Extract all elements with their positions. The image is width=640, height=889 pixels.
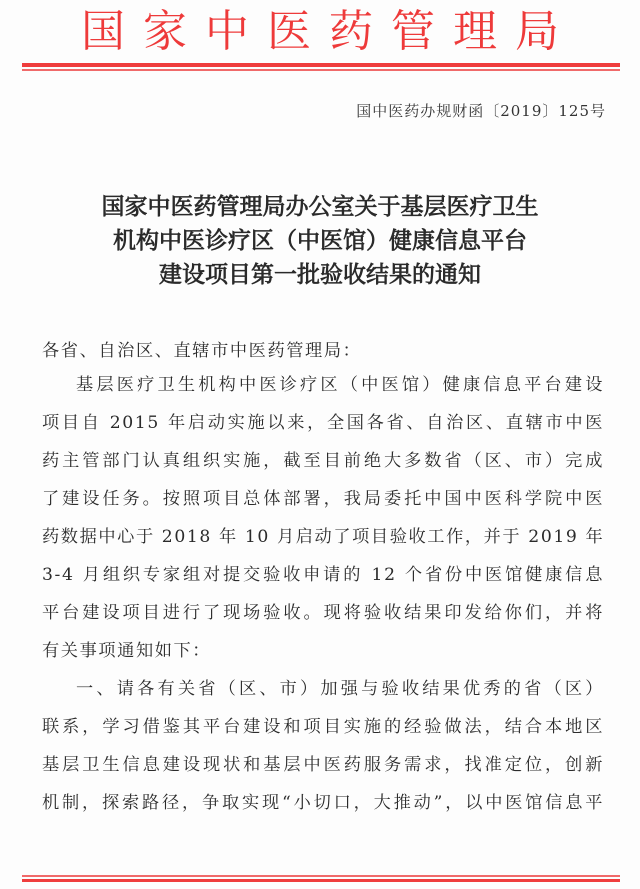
paragraph-line: 3-4 月组织专家组对提交验收申请的 12 个省份中医馆健康信息 [42, 556, 604, 594]
paragraph-line: 了建设任务。按照项目总体部署，我局委托中国中医科学院中医 [42, 480, 604, 518]
salutation: 各省、自治区、直辖市中医药管理局： [42, 336, 361, 361]
letterhead-red-rule-thick [22, 63, 620, 67]
title-line: 机构中医诊疗区（中医馆）健康信息平台 [0, 224, 640, 258]
paragraph-line: 平台建设项目进行了现场验收。现将验收结果印发给你们，并将 [42, 594, 604, 632]
document-page: 国家中医药管理局 国中医药办规财函〔2019〕125号 国家中医药管理局办公室关… [0, 0, 640, 889]
letterhead-agency-name: 国家中医药管理局 [0, 8, 640, 56]
paragraph-line: 药数据中心于 2018 年 10 月启动了项目验收工作，并于 2019 年 [42, 518, 604, 556]
title-line: 建设项目第一批验收结果的通知 [0, 258, 640, 292]
paragraph-line: 项目自 2015 年启动实施以来，全国各省、自治区、直辖市中医 [42, 404, 604, 442]
paragraph-line: 药主管部门认真组织实施，截至目前绝大多数省（区、市）完成 [42, 442, 604, 480]
paragraph-line: 基层卫生信息建设现状和基层中医药服务需求，找准定位，创新 [42, 746, 604, 784]
footer-red-rule-thin [22, 875, 620, 877]
paragraph-line: 机制，探索路径，争取实现“小切口，大推动”，以中医馆信息平 [42, 784, 604, 822]
paragraph-line: 一、请各有关省（区、市）加强与验收结果优秀的省（区） [42, 670, 604, 708]
body-paragraph-2: 一、请各有关省（区、市）加强与验收结果优秀的省（区） 联系，学习借鉴其平台建设和… [42, 670, 604, 822]
document-number: 国中医药办规财函〔2019〕125号 [356, 100, 606, 121]
letterhead-red-rule-thin [22, 69, 620, 71]
paragraph-line: 联系，学习借鉴其平台建设和项目实施的经验做法，结合本地区 [42, 708, 604, 746]
title-line: 国家中医药管理局办公室关于基层医疗卫生 [0, 190, 640, 224]
body-paragraph-1: 基层医疗卫生机构中医诊疗区（中医馆）健康信息平台建设 项目自 2015 年启动实… [42, 366, 604, 670]
document-title: 国家中医药管理局办公室关于基层医疗卫生 机构中医诊疗区（中医馆）健康信息平台 建… [0, 190, 640, 292]
paragraph-line: 基层医疗卫生机构中医诊疗区（中医馆）健康信息平台建设 [42, 366, 604, 404]
footer-red-rule-thick [22, 879, 620, 882]
paragraph-line: 有关事项通知如下： [42, 632, 604, 670]
